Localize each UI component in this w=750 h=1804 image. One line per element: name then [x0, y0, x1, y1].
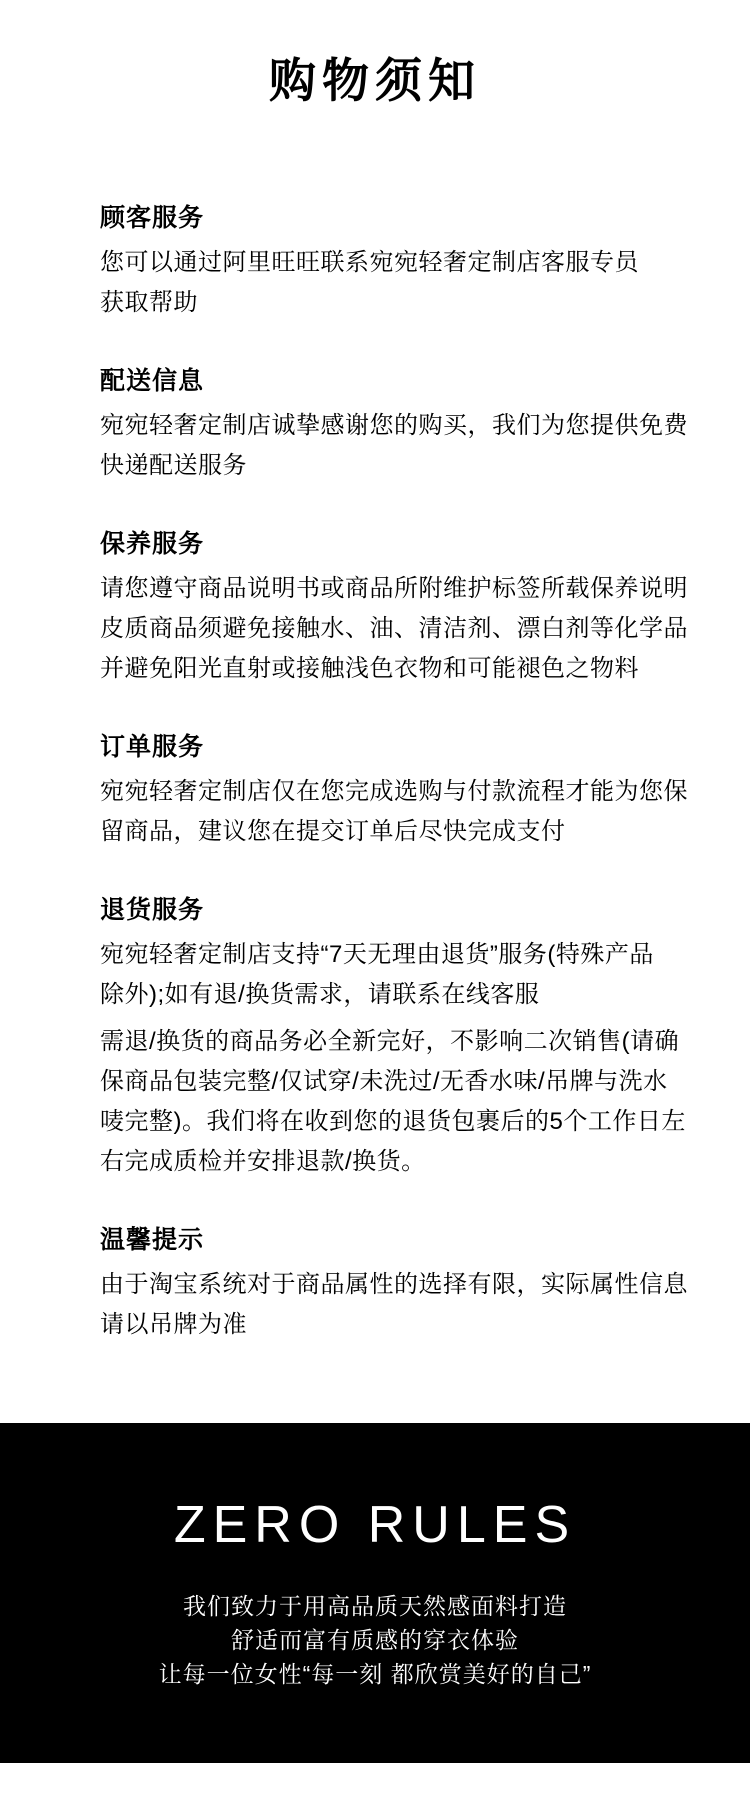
section-paragraph: 宛宛轻奢定制店支持“7天无理由退货”服务(特殊产品 除外);如有退/换货需求，请… [100, 935, 710, 1015]
section-paragraph: 需退/换货的商品务必全新完好，不影响二次销售(请确 保商品包装完整/仅试穿/未洗… [100, 1022, 710, 1182]
brand-footer: ZERO RULES 我们致力于用高品质天然感面料打造 舒适而富有质感的穿衣体验… [0, 1423, 750, 1763]
section-paragraph: 由于淘宝系统对于商品属性的选择有限，实际属性信息 请以吊牌为准 [100, 1265, 710, 1345]
brand-logo-text: ZERO RULES [0, 1495, 750, 1555]
section-heading: 配送信息 [100, 368, 710, 394]
section-paragraph: 请您遵守商品说明书或商品所附维护标签所载保养说明 皮质商品须避免接触水、油、清洁… [100, 569, 710, 689]
section-heading: 温馨提示 [100, 1227, 710, 1253]
section-paragraph: 宛宛轻奢定制店诚挚感谢您的购买，我们为您提供免费 快递配送服务 [100, 406, 710, 486]
section-heading: 退货服务 [100, 897, 710, 923]
section-heading: 保养服务 [100, 531, 710, 557]
section-heading: 订单服务 [100, 734, 710, 760]
section-customer-service: 顾客服务 您可以通过阿里旺旺联系宛宛轻奢定制店客服专员 获取帮助 [100, 205, 710, 323]
section-order-service: 订单服务 宛宛轻奢定制店仅在您完成选购与付款流程才能为您保 留商品，建议您在提交… [100, 734, 710, 852]
section-paragraph: 宛宛轻奢定制店仅在您完成选购与付款流程才能为您保 留商品，建议您在提交订单后尽快… [100, 772, 710, 852]
section-care-service: 保养服务 请您遵守商品说明书或商品所附维护标签所载保养说明 皮质商品须避免接触水… [100, 531, 710, 689]
section-paragraph: 您可以通过阿里旺旺联系宛宛轻奢定制店客服专员 获取帮助 [100, 243, 710, 323]
section-heading: 顾客服务 [100, 205, 710, 231]
notice-content: 顾客服务 您可以通过阿里旺旺联系宛宛轻奢定制店客服专员 获取帮助 配送信息 宛宛… [0, 205, 750, 1345]
page-title: 购物须知 [0, 0, 750, 110]
section-shipping-info: 配送信息 宛宛轻奢定制店诚挚感谢您的购买，我们为您提供免费 快递配送服务 [100, 368, 710, 486]
brand-slogan: 我们致力于用高品质天然感面料打造 舒适而富有质感的穿衣体验 让每一位女性“每一刻… [0, 1589, 750, 1691]
shopping-notice-page: 购物须知 顾客服务 您可以通过阿里旺旺联系宛宛轻奢定制店客服专员 获取帮助 配送… [0, 0, 750, 1804]
section-tips: 温馨提示 由于淘宝系统对于商品属性的选择有限，实际属性信息 请以吊牌为准 [100, 1227, 710, 1345]
section-return-service: 退货服务 宛宛轻奢定制店支持“7天无理由退货”服务(特殊产品 除外);如有退/换… [100, 897, 710, 1182]
